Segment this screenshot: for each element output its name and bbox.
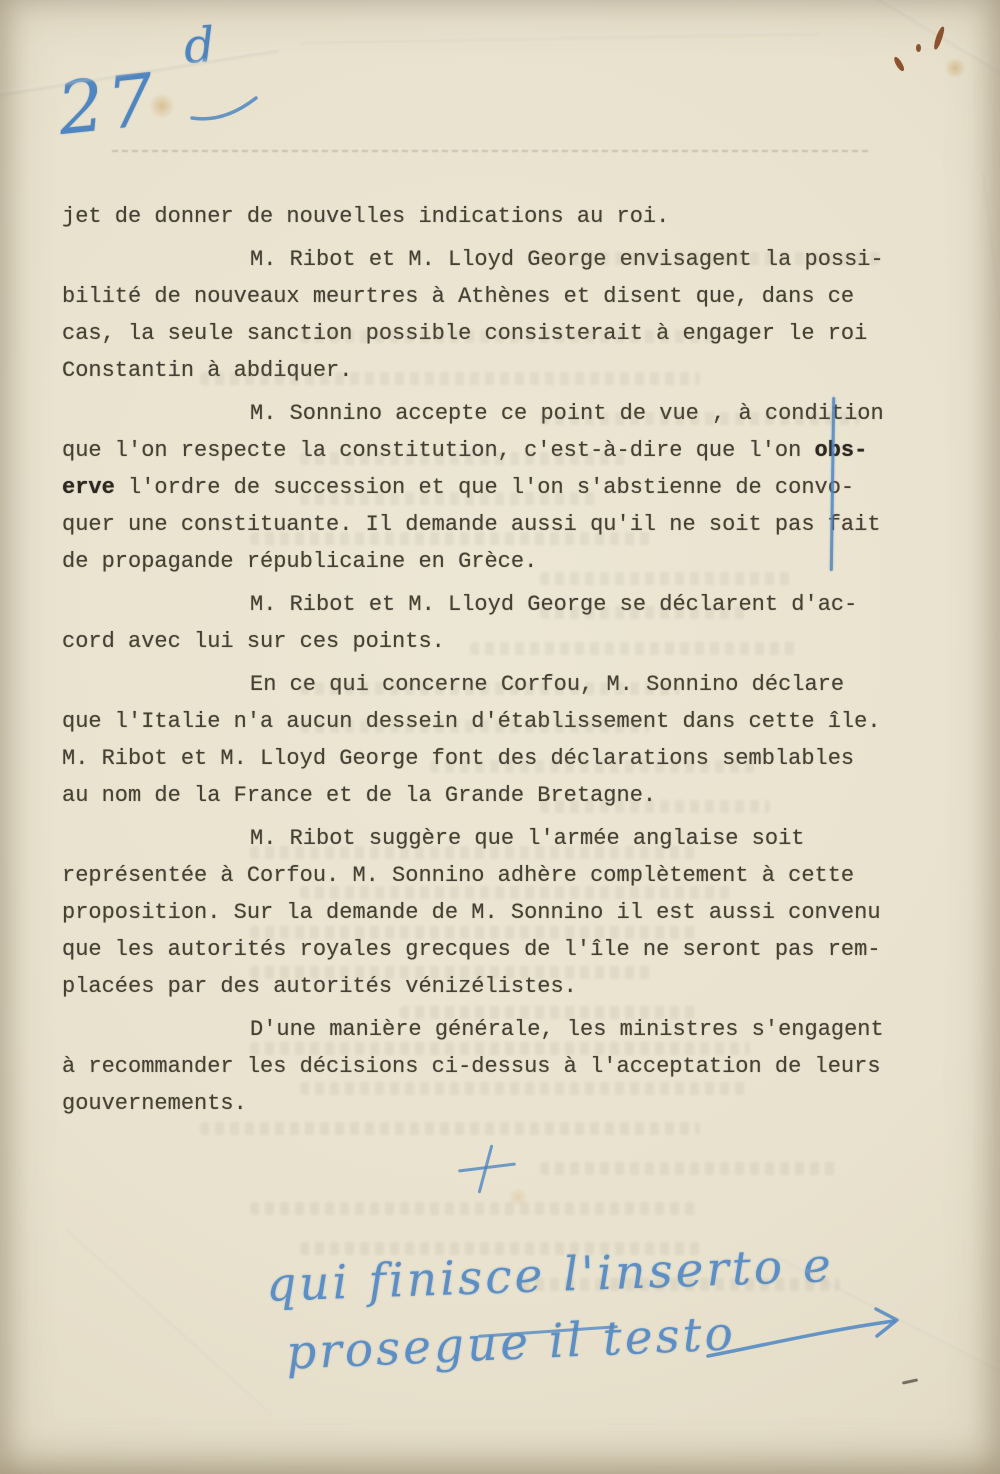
bleedthrough-text-row <box>250 1202 700 1215</box>
paper-crease <box>983 172 1000 430</box>
typed-line: jet de donner de nouvelles indications a… <box>62 198 894 235</box>
paper-crease <box>65 1227 275 1417</box>
bleedthrough-text-row <box>200 372 700 385</box>
ink-speck <box>902 1378 918 1384</box>
typed-segment: bilité de nouveaux meurtres à Athènes et… <box>62 284 854 309</box>
handwritten-note-line2-pre: prosegue il <box>285 1312 604 1381</box>
typed-segment: que les autorités royales grecques de l'… <box>62 937 881 962</box>
typed-paragraph: D'une manière générale, les ministres s'… <box>62 1011 894 1122</box>
bleedthrough-text-row <box>470 642 800 655</box>
letter-underline-stroke <box>186 92 264 126</box>
bleedthrough-text-row <box>520 1278 840 1291</box>
paper-stain <box>944 58 966 78</box>
bleedthrough-text-row <box>300 1082 750 1095</box>
typed-segment: à recommander les décisions ci-dessus à … <box>62 1054 881 1079</box>
typed-paragraph: jet de donner de nouvelles indications a… <box>62 198 894 235</box>
bleedthrough-text-row <box>540 800 770 813</box>
typed-segment: gouvernements. <box>62 1091 247 1116</box>
bleedthrough-text-row <box>300 682 680 695</box>
bleedthrough-dotted-line <box>112 150 868 152</box>
typed-segment: représentée à Corfou. M. Sonnino adhère … <box>62 863 854 888</box>
bleedthrough-text-row <box>540 606 750 619</box>
typed-segment: proposition. Sur la demande de M. Sonnin… <box>62 900 881 925</box>
scanned-document-page: 27 d jet de donner de nouvelles indicati… <box>0 0 1000 1474</box>
page-number-annotation: 27 <box>54 57 162 151</box>
bleedthrough-text-row <box>540 252 880 265</box>
corner-letter-annotation: d <box>182 17 217 75</box>
handwritten-arrow-icon <box>698 1302 923 1374</box>
bleedthrough-text-row <box>250 1042 750 1055</box>
typed-line: M. Ribot et M. Lloyd George se déclarent… <box>62 586 894 623</box>
bleedthrough-text-row <box>540 572 790 585</box>
paper-crease <box>848 0 1000 116</box>
bleedthrough-text-row <box>300 452 630 465</box>
bleedthrough-text-row <box>250 532 650 545</box>
typed-line: bilité de nouveaux meurtres à Athènes et… <box>62 278 894 315</box>
bleedthrough-text-row <box>300 720 650 733</box>
typed-segment: de propagande républicaine en Grèce. <box>62 549 537 574</box>
handwritten-note-line2: prosegue il testo <box>285 1306 737 1381</box>
rust-mark <box>932 26 945 51</box>
bleedthrough-text-row <box>400 1006 700 1019</box>
bleedthrough-text-row <box>300 492 600 505</box>
rust-mark <box>893 56 906 73</box>
bleedthrough-text-row <box>300 1242 700 1255</box>
bleedthrough-text-row <box>540 1162 840 1175</box>
bleedthrough-text-row <box>250 966 650 979</box>
typed-segment-bold: obs- <box>815 438 868 463</box>
bleedthrough-text-row <box>540 412 860 425</box>
bleedthrough-text-row <box>250 846 700 859</box>
bleedthrough-text-row <box>200 1122 700 1135</box>
typed-segment-bold: erve <box>62 475 115 500</box>
typed-segment: jet de donner de nouvelles indications a… <box>62 204 669 229</box>
paper-crease <box>300 31 820 43</box>
bleedthrough-text-row <box>430 760 760 773</box>
typed-segment: D'une manière générale, les ministres s'… <box>250 1017 884 1042</box>
bleedthrough-text-row <box>250 926 700 939</box>
bleedthrough-text-row <box>300 330 720 343</box>
typed-segment: cord avec lui sur ces points. <box>62 629 445 654</box>
rust-mark <box>916 44 921 52</box>
bleedthrough-text-row <box>300 886 730 899</box>
